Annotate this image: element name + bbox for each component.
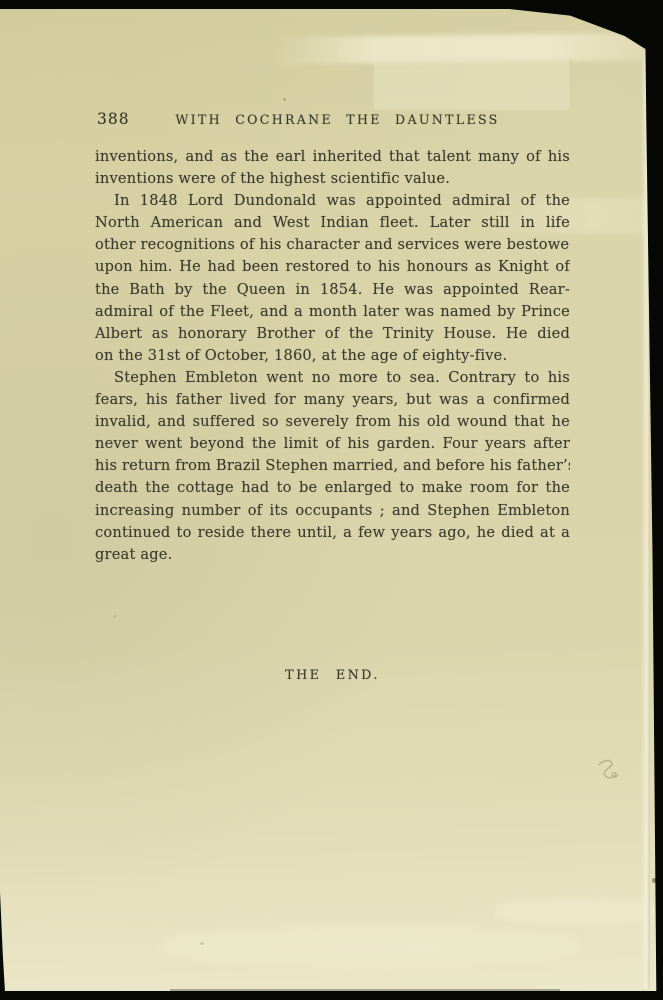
text-line: the Bath by the Queen in 1854. He was ap… <box>95 279 570 301</box>
page-header: 388 WITH COCHRANE THE DAUNTLESS <box>95 110 570 128</box>
paragraph: Stephen Embleton went no more to sea. Co… <box>95 367 570 566</box>
scan-border-bottom <box>0 991 663 1000</box>
text-line: on the 31st of October, 1860, at the age… <box>95 345 570 367</box>
text-line: his return from Brazil Stephen married, … <box>95 455 570 477</box>
body-text: inventions, and as the earl inherited th… <box>95 146 570 566</box>
text-line: never went beyond the limit of his garde… <box>95 433 570 455</box>
text-line: inventions were of the highest scientifi… <box>95 168 570 190</box>
text-line: admiral of the Fleet, and a month later … <box>95 301 570 323</box>
paragraph: In 1848 Lord Dundonald was appointed adm… <box>95 190 570 367</box>
text-line: increasing number of its occupants ; and… <box>95 500 570 522</box>
text-line: death the cottage had to be enlarged to … <box>95 477 570 499</box>
scanned-book-page: 388 WITH COCHRANE THE DAUNTLESS inventio… <box>0 0 663 1000</box>
pencil-squiggle-mark <box>596 758 626 790</box>
text-line: fears, his father lived for many years, … <box>95 389 570 411</box>
text-line: North American and West Indian fleet. La… <box>95 212 570 234</box>
text-line: great age. <box>95 544 570 566</box>
paragraph: inventions, and as the earl inherited th… <box>95 146 570 190</box>
text-line: invalid, and suffered so severely from h… <box>95 411 570 433</box>
text-line: Albert as honorary Brother of the Trinit… <box>95 323 570 345</box>
text-line: Stephen Embleton went no more to sea. Co… <box>95 367 570 389</box>
text-line: In 1848 Lord Dundonald was appointed adm… <box>95 190 570 212</box>
running-header-title: WITH COCHRANE THE DAUNTLESS <box>95 112 570 127</box>
text-line: upon him. He had been restored to his ho… <box>95 256 570 278</box>
text-line: other recognitions of his character and … <box>95 234 570 256</box>
the-end-text: THE END. <box>95 668 570 683</box>
text-line: inventions, and as the earl inherited th… <box>95 146 570 168</box>
text-line: continued to reside there until, a few y… <box>95 522 570 544</box>
